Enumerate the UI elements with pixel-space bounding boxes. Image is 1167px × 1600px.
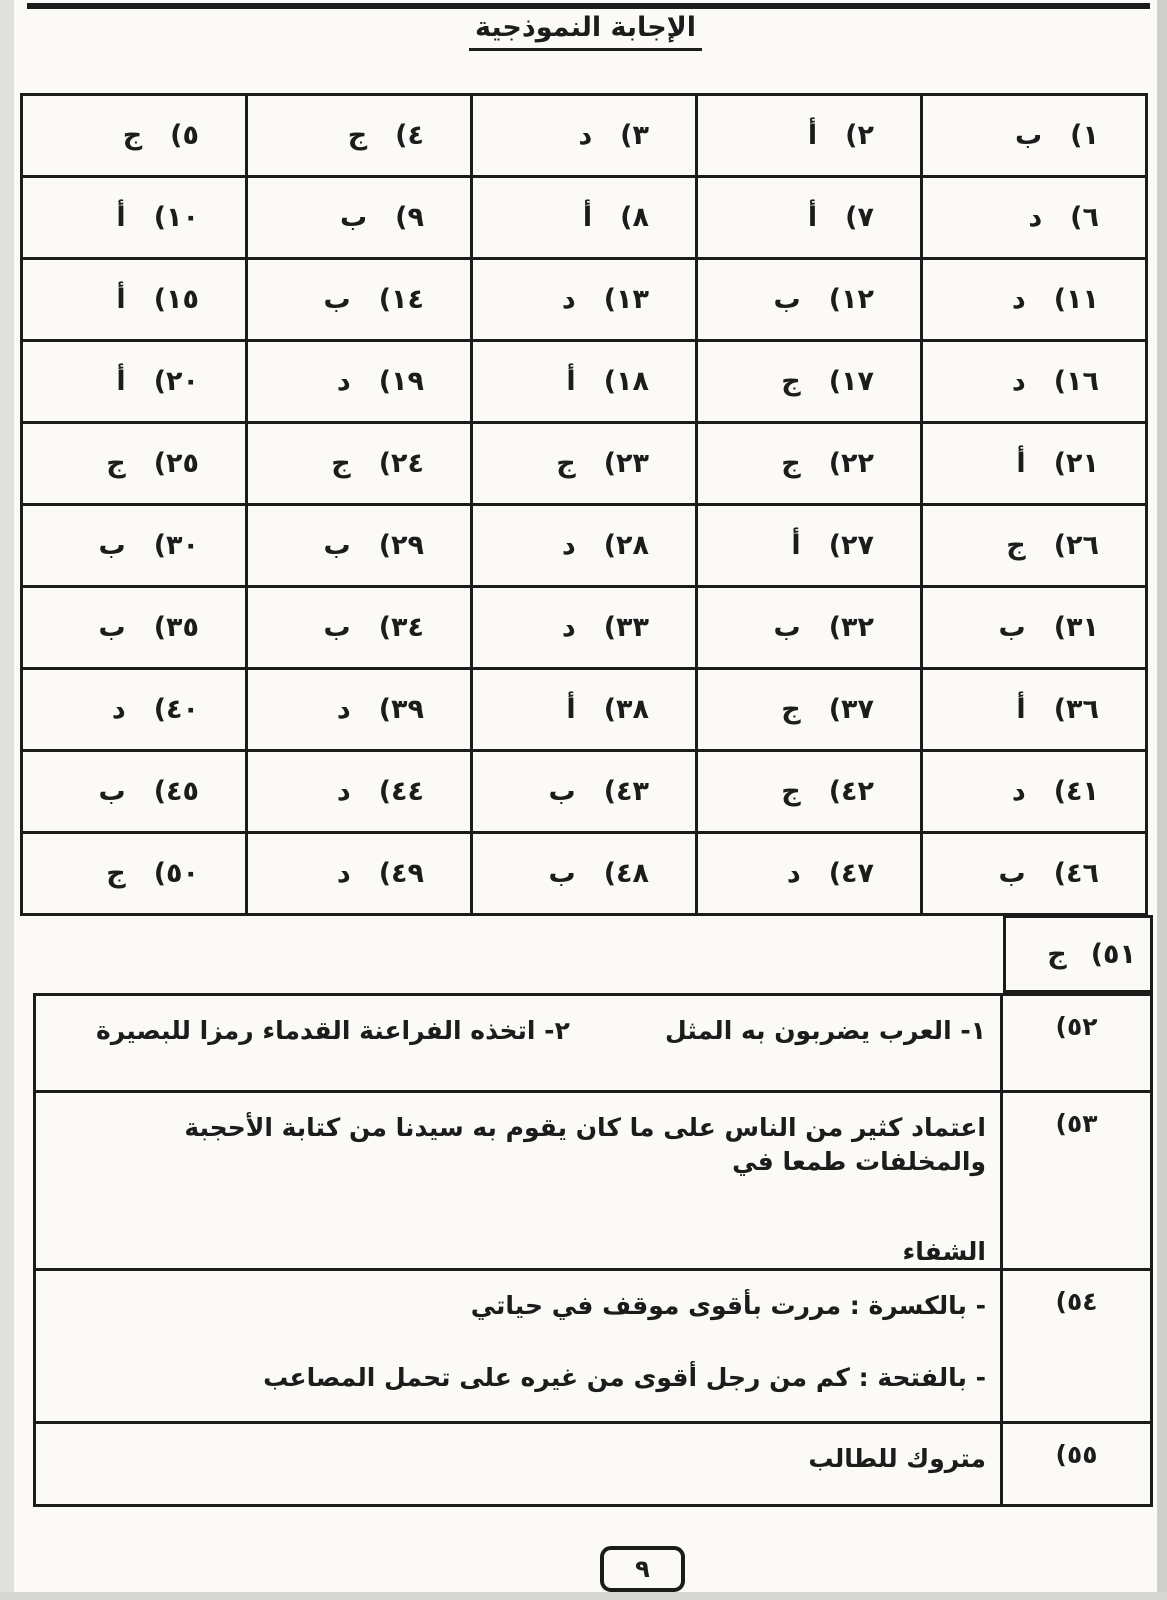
question-number: ٣)	[620, 120, 649, 151]
answer-cell: ٢٨)د	[472, 505, 697, 587]
question-number-cell: ٥٣)	[1002, 1092, 1152, 1270]
question-number: ١٢)	[829, 284, 874, 315]
answer-cell: ١٢)ب	[697, 259, 922, 341]
answer-letter: د	[787, 858, 801, 889]
answer-letter: د	[1028, 202, 1042, 233]
question-number: ١١)	[1054, 284, 1099, 315]
answer-letter: ب	[324, 612, 351, 643]
question-number: ٢٠)	[154, 366, 199, 397]
question-number: ٥٥)	[1056, 1440, 1098, 1469]
question-number: ٣٥)	[154, 612, 199, 643]
answer-letter: د	[562, 612, 576, 643]
answer-letter: ب	[549, 776, 576, 807]
question-number: ٢)	[845, 120, 874, 151]
question-number: ٢٥)	[154, 448, 199, 479]
answer-cell: ١١)د	[922, 259, 1147, 341]
answer-cell: ٧)أ	[697, 177, 922, 259]
answer-letter: أ	[566, 366, 575, 397]
answer-cell: ٢٤)ج	[247, 423, 472, 505]
answer-cell: ٣٦)أ	[922, 669, 1147, 751]
answer-cell: ٨)أ	[472, 177, 697, 259]
answer-letter: د	[337, 694, 351, 725]
question-number: ٥)	[170, 120, 199, 151]
question-number: ٣٦)	[1054, 694, 1099, 725]
answer-letter: ب	[774, 612, 801, 643]
scan-edge-left	[0, 0, 14, 1600]
question-number-cell: ٥٥)	[1002, 1423, 1152, 1506]
answer-key-table: ١)ب٢)أ٣)د٤)ج٥)ج٦)د٧)أ٨)أ٩)ب١٠)أ١١)د١٢)ب١…	[20, 93, 1148, 916]
answer-letter: ب	[999, 858, 1026, 889]
answer-cell: ٣٢)ب	[697, 587, 922, 669]
answer-letter: ب	[1015, 120, 1042, 151]
question-number: ٢٣)	[604, 448, 649, 479]
question-number: ١٩)	[379, 366, 424, 397]
question-number: ٣٠)	[154, 530, 199, 561]
answer-text: الشفاء	[902, 1237, 986, 1266]
answer-cell: ٢١)أ	[922, 423, 1147, 505]
question-number: ٥٢)	[1056, 1012, 1098, 1041]
question-number: ٤٨)	[604, 858, 649, 889]
essay-row: ٥٣)اعتماد كثير من الناس على ما كان يقوم …	[35, 1092, 1152, 1270]
question-number: ٧)	[845, 202, 874, 233]
answer-cell: ١٦)د	[922, 341, 1147, 423]
answer-text: متروك للطالب	[808, 1444, 986, 1473]
answer-letter: أ	[1016, 448, 1025, 479]
answer-text: - بالكسرة : مررت بأقوى موقف في حياتي	[471, 1291, 986, 1320]
answer-cell: ٤٢)ج	[697, 751, 922, 833]
question-number: ٦)	[1070, 202, 1099, 233]
answer-letter: ج	[556, 448, 575, 479]
question-number: ٥٠)	[154, 858, 199, 889]
answer-letter: أ	[116, 284, 125, 315]
question-number: ١٥)	[154, 284, 199, 315]
answer-cell: ٤٣)ب	[472, 751, 697, 833]
answer-text-cell: اعتماد كثير من الناس على ما كان يقوم به …	[35, 1092, 1002, 1270]
answer-cell: ٦)د	[922, 177, 1147, 259]
answer-cell: ٢٣)ج	[472, 423, 697, 505]
answer-cell: ٤٨)ب	[472, 833, 697, 915]
answer-cell: ١)ب	[922, 95, 1147, 177]
question-number: ٤١)	[1054, 776, 1099, 807]
essay-answers-body: ٥٢)١- العرب يضربون به المثل٢- اتخذه الفر…	[35, 995, 1152, 1506]
answer-cell: ١٠)أ	[22, 177, 247, 259]
answer-text-cell: متروك للطالب	[35, 1423, 1002, 1506]
answer-cell: ٣٧)ج	[697, 669, 922, 751]
answer-letter: د	[562, 530, 576, 561]
answer-cell: ١٧)ج	[697, 341, 922, 423]
answer-letter: ب	[774, 284, 801, 315]
answer-cell: ٣٤)ب	[247, 587, 472, 669]
answer-cell: ٤٤)د	[247, 751, 472, 833]
answer-letter: ب	[324, 530, 351, 561]
answer-cell: ٢٢)ج	[697, 423, 922, 505]
answer-letter: ب	[99, 530, 126, 561]
answer-cell: ٢٠)أ	[22, 341, 247, 423]
question-number: ٩)	[395, 202, 424, 233]
answer-letter: ج	[331, 448, 350, 479]
question-number: ٤٢)	[829, 776, 874, 807]
answer-cell: ١٣)د	[472, 259, 697, 341]
question-number: ٤٤)	[379, 776, 424, 807]
question-number: ٣٧)	[829, 694, 874, 725]
answer-line: - بالفتحة : كم من رجل أقوى من غيره على ت…	[96, 1361, 986, 1395]
answer-cell: ٥٠)ج	[22, 833, 247, 915]
essay-answers-table: ٥٢)١- العرب يضربون به المثل٢- اتخذه الفر…	[33, 993, 1153, 1507]
answer-letter: أ	[566, 694, 575, 725]
question-number: ٥٤)	[1056, 1287, 1098, 1316]
answer-cell: ١٤)ب	[247, 259, 472, 341]
answer-cell: ٢٧)أ	[697, 505, 922, 587]
question-number: ١٨)	[604, 366, 649, 397]
answer-text: ٢- اتخذه الفراعنة القدماء رمزا للبصيرة	[96, 1014, 570, 1048]
question-number: ٥٣)	[1056, 1109, 1098, 1138]
question-number: ١٧)	[829, 366, 874, 397]
answer-cell: ١٥)أ	[22, 259, 247, 341]
answer-letter: ج	[781, 776, 800, 807]
answer-line: متروك للطالب	[96, 1442, 986, 1476]
answer-cell: ٤)ج	[247, 95, 472, 177]
answer-letter: ج	[123, 120, 142, 151]
answer-line: - بالكسرة : مررت بأقوى موقف في حياتي	[96, 1289, 986, 1323]
question-number: ٥١)	[1091, 939, 1136, 970]
question-number: ٢٢)	[829, 448, 874, 479]
answer-cell: ٣٣)د	[472, 587, 697, 669]
answer-text-cell: ١- العرب يضربون به المثل٢- اتخذه الفراعن…	[35, 995, 1002, 1092]
question-number-cell: ٥٢)	[1002, 995, 1152, 1092]
answer-letter: ج	[1006, 530, 1025, 561]
answer-letter: د	[1012, 284, 1026, 315]
question-number: ٢٧)	[829, 530, 874, 561]
answer-letter: ج	[106, 858, 125, 889]
answer-letter: ج	[781, 694, 800, 725]
answer-letter: ج	[1047, 939, 1066, 970]
answer-cell: ٤٧)د	[697, 833, 922, 915]
answer-letter: أ	[116, 366, 125, 397]
answer-letter: ج	[348, 120, 367, 151]
question-number: ٣٨)	[604, 694, 649, 725]
top-rule	[27, 3, 1150, 9]
question-number: ٢١)	[1054, 448, 1099, 479]
answer-cell: ٥)ج	[22, 95, 247, 177]
answer-letter: ب	[99, 776, 126, 807]
answer-line: اعتماد كثير من الناس على ما كان يقوم به …	[96, 1111, 986, 1179]
question-number: ٣١)	[1054, 612, 1099, 643]
answer-cell: ٤٠)د	[22, 669, 247, 751]
answer-letter: د	[1012, 366, 1026, 397]
essay-row: ٥٥)متروك للطالب	[35, 1423, 1152, 1506]
question-number: ٤٥)	[154, 776, 199, 807]
question-number: ٤٠)	[154, 694, 199, 725]
page-title: الإجابة النموذجية	[469, 12, 702, 51]
question-number: ٤٦)	[1054, 858, 1099, 889]
answer-line: الشفاء	[96, 1235, 986, 1269]
question-number: ٤٣)	[604, 776, 649, 807]
answer-text: - بالفتحة : كم من رجل أقوى من غيره على ت…	[263, 1363, 986, 1392]
essay-row: ٥٢)١- العرب يضربون به المثل٢- اتخذه الفر…	[35, 995, 1152, 1092]
answer-cell: ٤٦)ب	[922, 833, 1147, 915]
question-number: ٤)	[395, 120, 424, 151]
question-number: ١٠)	[154, 202, 199, 233]
answer-cell: ٢٩)ب	[247, 505, 472, 587]
answer-letter: أ	[1016, 694, 1025, 725]
answer-51-box: ٥١) ج	[1003, 915, 1153, 993]
answer-text: ١- العرب يضربون به المثل	[665, 1014, 986, 1048]
answer-line: ١- العرب يضربون به المثل٢- اتخذه الفراعن…	[96, 1014, 986, 1048]
answer-letter: أ	[116, 202, 125, 233]
answer-letter: ج	[781, 366, 800, 397]
answer-text: اعتماد كثير من الناس على ما كان يقوم به …	[184, 1113, 986, 1176]
answer-letter: ب	[999, 612, 1026, 643]
question-number: ٣٣)	[604, 612, 649, 643]
answer-cell: ٣٠)ب	[22, 505, 247, 587]
answer-letter: د	[562, 284, 576, 315]
title-wrap: الإجابة النموذجية	[14, 12, 1157, 51]
question-number: ١)	[1070, 120, 1099, 151]
answer-text-cell: - بالكسرة : مررت بأقوى موقف في حياتي- با…	[35, 1270, 1002, 1423]
answer-letter: أ	[791, 530, 800, 561]
answer-letter: ب	[99, 612, 126, 643]
question-number: ٤٩)	[379, 858, 424, 889]
answer-letter: د	[337, 776, 351, 807]
answer-letter: ج	[106, 448, 125, 479]
answer-letter: د	[112, 694, 126, 725]
question-number: ٢٨)	[604, 530, 649, 561]
question-number: ٢٦)	[1054, 530, 1099, 561]
answer-cell: ٢٥)ج	[22, 423, 247, 505]
answer-cell: ٩)ب	[247, 177, 472, 259]
answer-cell: ٤٩)د	[247, 833, 472, 915]
answer-letter: ب	[324, 284, 351, 315]
answer-cell: ٣٥)ب	[22, 587, 247, 669]
answer-letter: أ	[808, 202, 817, 233]
answer-cell: ٣٩)د	[247, 669, 472, 751]
question-number: ٨)	[620, 202, 649, 233]
answer-letter: ب	[340, 202, 367, 233]
answer-letter: د	[1012, 776, 1026, 807]
question-number: ٣٤)	[379, 612, 424, 643]
question-number: ٢٤)	[379, 448, 424, 479]
scan-edge-bottom	[0, 1592, 1167, 1600]
answer-letter: أ	[583, 202, 592, 233]
question-number-cell: ٥٤)	[1002, 1270, 1152, 1423]
question-number: ٢٩)	[379, 530, 424, 561]
answer-letter: ج	[781, 448, 800, 479]
answer-cell: ٢)أ	[697, 95, 922, 177]
question-number: ٣٢)	[829, 612, 874, 643]
answer-cell: ٢٦)ج	[922, 505, 1147, 587]
question-number: ١٤)	[379, 284, 424, 315]
answer-cell: ٣١)ب	[922, 587, 1147, 669]
page-number: ٩	[635, 1555, 650, 1583]
answer-cell: ٤٥)ب	[22, 751, 247, 833]
answer-cell: ٣)د	[472, 95, 697, 177]
answer-letter: د	[337, 366, 351, 397]
essay-row: ٥٤)- بالكسرة : مررت بأقوى موقف في حياتي-…	[35, 1270, 1152, 1423]
question-number: ٣٩)	[379, 694, 424, 725]
answer-letter: د	[578, 120, 592, 151]
question-number: ٤٧)	[829, 858, 874, 889]
question-number: ١٣)	[604, 284, 649, 315]
answer-cell: ١٩)د	[247, 341, 472, 423]
question-number: ١٦)	[1054, 366, 1099, 397]
page-number-box: ٩	[600, 1546, 685, 1592]
answer-letter: أ	[808, 120, 817, 151]
answer-letter: ب	[549, 858, 576, 889]
answer-cell: ١٨)أ	[472, 341, 697, 423]
answer-cell: ٣٨)أ	[472, 669, 697, 751]
document-page: الإجابة النموذجية ١)ب٢)أ٣)د٤)ج٥)ج٦)د٧)أ٨…	[14, 0, 1157, 1592]
answer-letter: د	[337, 858, 351, 889]
answer-cell: ٤١)د	[922, 751, 1147, 833]
answer-key-body: ١)ب٢)أ٣)د٤)ج٥)ج٦)د٧)أ٨)أ٩)ب١٠)أ١١)د١٢)ب١…	[22, 95, 1147, 915]
